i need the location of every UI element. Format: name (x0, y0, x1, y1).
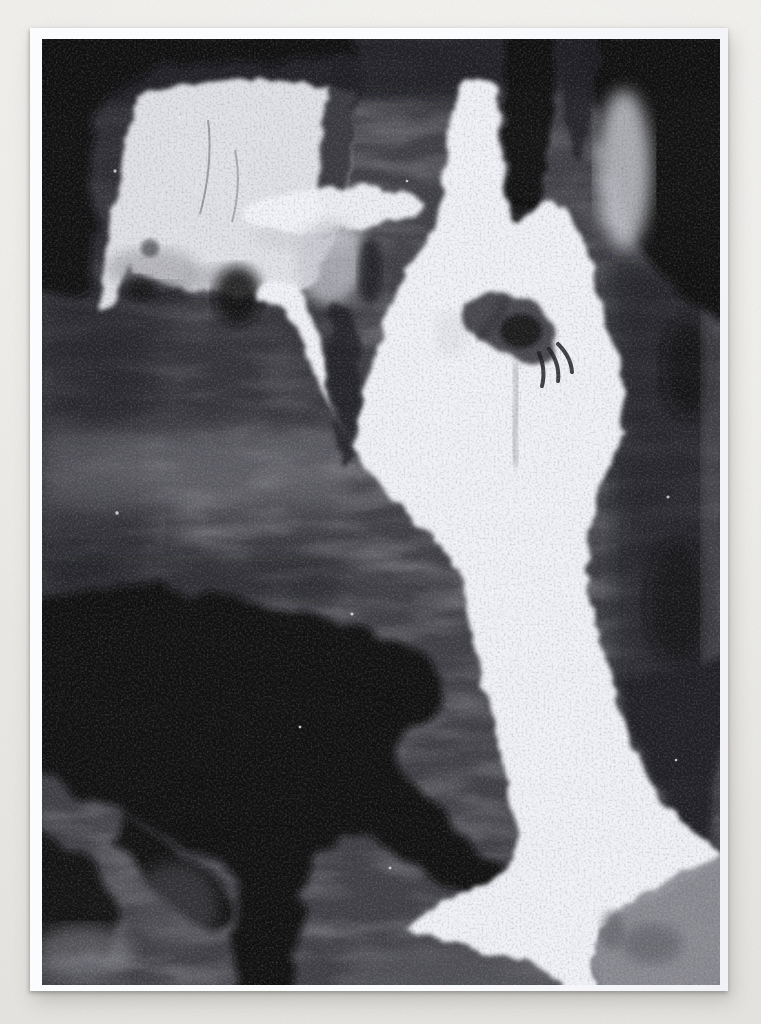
print-image (42, 39, 720, 985)
grain-dark (42, 39, 720, 985)
art-print-paper (30, 28, 728, 991)
film-grain (42, 39, 720, 985)
gallery-wall-scene (0, 0, 761, 1024)
